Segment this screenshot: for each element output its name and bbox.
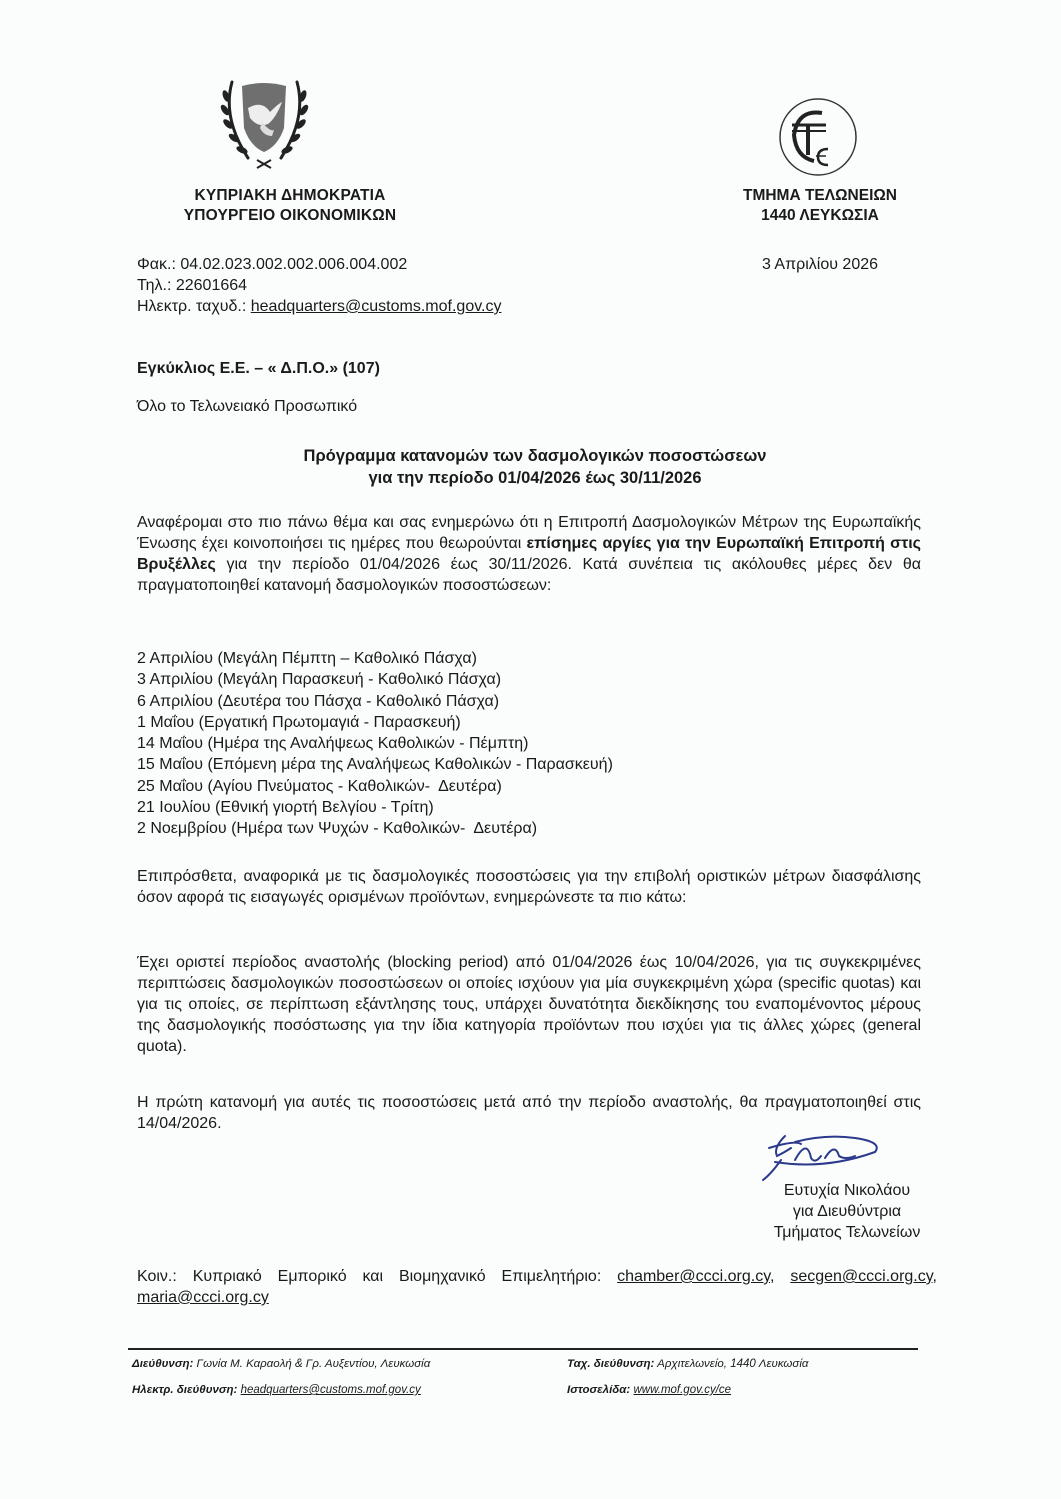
paragraph-first-allocation: Η πρώτη κατανομή για αυτές τις ποσοστώσε…: [137, 1092, 921, 1134]
footer-email: Ηλεκτρ. διεύθυνση: headquarters@customs.…: [132, 1384, 421, 1396]
signer-role: για Διευθύντρια: [700, 1201, 954, 1222]
cc-email-maria[interactable]: maria@ccci.org.cy: [137, 1289, 269, 1306]
footer-address-label: Διεύθυνση:: [132, 1358, 193, 1370]
signer-name: Ευτυχία Νικολάου: [700, 1180, 954, 1201]
cc-label: Κοιν.:: [137, 1268, 177, 1285]
ministry-name: ΥΠΟΥΡΓΕΙΟ ΟΙΚΟΝΟΜΙΚΩΝ: [130, 206, 450, 226]
footer-postal-value: Αρχιτελωνείο, 1440 Λευκωσία: [657, 1358, 808, 1370]
holiday-item: 1 Μαΐου (Εργατική Πρωτομαγιά - Παρασκευή…: [137, 712, 613, 733]
footer-website-link[interactable]: www.mof.gov.cy/ce: [633, 1384, 731, 1396]
phone-label: Τηλ.:: [137, 277, 171, 294]
footer-postal-label: Ταχ. διεύθυνση:: [567, 1358, 654, 1370]
footer-website: Ιστοσελίδα: www.mof.gov.cy/ce: [567, 1384, 731, 1396]
footer-email-label: Ηλεκτρ. διεύθυνση:: [132, 1384, 237, 1396]
phone-value: 22601664: [176, 277, 247, 294]
holiday-item: 3 Απριλίου (Μεγάλη Παρασκευή - Καθολικό …: [137, 669, 613, 690]
holiday-item: 14 Μαΐου (Ημέρα της Αναλήψεως Καθολικών …: [137, 733, 613, 754]
subject-heading: Πρόγραμμα κατανομών των δασμολογικών ποσ…: [140, 445, 930, 489]
cc-email-chamber[interactable]: chamber@ccci.org.cy: [617, 1268, 770, 1285]
footer-postal: Ταχ. διεύθυνση: Αρχιτελωνείο, 1440 Λευκω…: [567, 1358, 808, 1370]
holiday-item: 2 Απριλίου (Μεγάλη Πέμπτη – Καθολικό Πάσ…: [137, 648, 613, 669]
intro-text-end: για την περίοδο 01/04/2026 έως 30/11/202…: [137, 556, 921, 594]
signatory: Ευτυχία Νικολάου για Διευθύντρια Τμήματο…: [700, 1180, 954, 1243]
cyprus-coat-of-arms-icon: [212, 78, 317, 170]
footer-website-label: Ιστοσελίδα:: [567, 1384, 630, 1396]
subject-line-1: Πρόγραμμα κατανομών των δασμολογικών ποσ…: [140, 445, 930, 467]
email-link[interactable]: headquarters@customs.mof.gov.cy: [251, 298, 502, 315]
carbon-copy: Κοιν.: Κυπριακό Εμπορικό και Βιομηχανικό…: [137, 1266, 937, 1308]
recipients: Όλο το Τελωνειακό Προσωπικό: [137, 398, 357, 416]
holiday-list: 2 Απριλίου (Μεγάλη Πέμπτη – Καθολικό Πάσ…: [137, 648, 613, 840]
cc-email-secgen[interactable]: secgen@ccci.org.cy: [790, 1268, 932, 1285]
circular-title: Εγκύκλιος Ε.Ε. – « Δ.Π.Ο.» (107): [137, 360, 380, 378]
footer-divider: [128, 1348, 918, 1350]
document-date: 3 Απριλίου 2026: [700, 256, 940, 274]
department-header: ΤΜΗΜΑ ΤΕΛΩΝΕΙΩΝ 1440 ΛΕΥΚΩΣΙΑ: [700, 186, 940, 226]
holiday-item: 2 Νοεμβρίου (Ημέρα των Ψυχών - Καθολικών…: [137, 818, 613, 839]
reference-block: Φακ.: 04.02.023.002.002.006.004.002 Τηλ.…: [137, 254, 501, 317]
cc-org: Κυπριακό Εμπορικό και Βιομηχανικό Επιμελ…: [193, 1268, 602, 1285]
ministry-header: ΚΥΠΡΙΑΚΗ ΔΗΜΟΚΡΑΤΙΑ ΥΠΟΥΡΓΕΙΟ ΟΙΚΟΝΟΜΙΚΩ…: [130, 186, 450, 226]
department-name: ΤΜΗΜΑ ΤΕΛΩΝΕΙΩΝ: [700, 186, 940, 206]
holiday-item: 15 Μαΐου (Επόμενη μέρα της Αναλήψεως Καθ…: [137, 754, 613, 775]
holiday-item: 6 Απριλίου (Δευτέρα του Πάσχα - Καθολικό…: [137, 691, 613, 712]
paragraph-additional: Επιπρόσθετα, αναφορικά με τις δασμολογικ…: [137, 866, 921, 908]
email-ref: Ηλεκτρ. ταχυδ.: headquarters@customs.mof…: [137, 296, 501, 317]
footer-address-value: Γωνία Μ. Καραολή & Γρ. Αυξεντίου, Λευκωσ…: [197, 1358, 431, 1370]
department-city: 1440 ΛΕΥΚΩΣΙΑ: [700, 206, 940, 226]
customs-department-logo-icon: [770, 95, 862, 179]
email-label: Ηλεκτρ. ταχυδ.:: [137, 298, 246, 315]
subject-line-2: για την περίοδο 01/04/2026 έως 30/11/202…: [140, 467, 930, 489]
holiday-item: 21 Ιουλίου (Εθνική γιορτή Βελγίου - Τρίτ…: [137, 797, 613, 818]
footer-address: Διεύθυνση: Γωνία Μ. Καραολή & Γρ. Αυξεντ…: [132, 1358, 430, 1370]
paragraph-blocking-period: Έχει οριστεί περίοδος αναστολής (blockin…: [137, 952, 921, 1057]
file-label: Φακ.:: [137, 256, 176, 273]
phone-ref: Τηλ.: 22601664: [137, 275, 501, 296]
republic-name: ΚΥΠΡΙΑΚΗ ΔΗΜΟΚΡΑΤΙΑ: [130, 186, 450, 206]
signer-department: Τμήματος Τελωνείων: [700, 1222, 954, 1243]
footer-email-link[interactable]: headquarters@customs.mof.gov.cy: [241, 1384, 421, 1396]
handwritten-signature-icon: [755, 1130, 885, 1182]
file-value: 04.02.023.002.002.006.004.002: [180, 256, 407, 273]
holiday-item: 25 Μαΐου (Αγίου Πνεύματος - Καθολικών- Δ…: [137, 776, 613, 797]
paragraph-intro: Αναφέρομαι στο πιο πάνω θέμα και σας ενη…: [137, 512, 921, 596]
file-ref: Φακ.: 04.02.023.002.002.006.004.002: [137, 254, 501, 275]
